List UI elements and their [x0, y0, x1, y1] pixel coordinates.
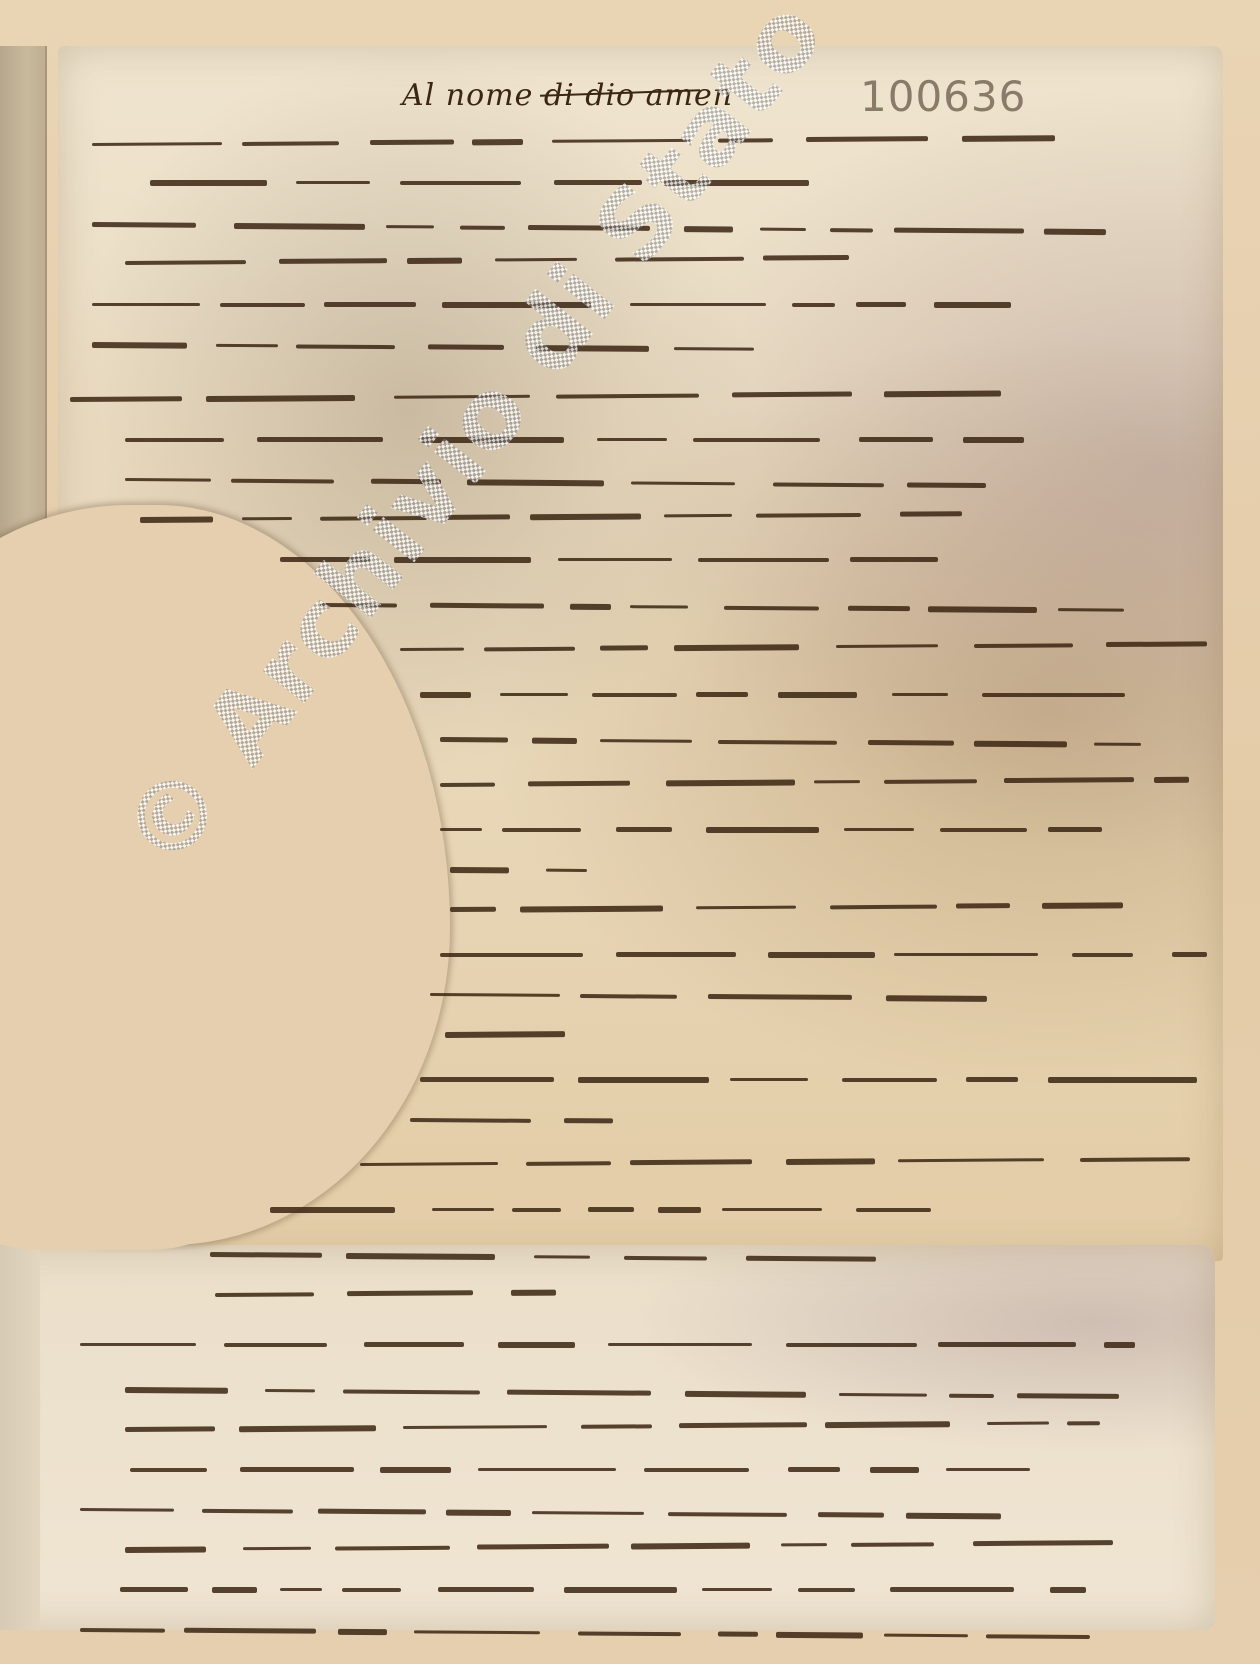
handwritten-line	[320, 586, 1146, 625]
handwritten-line	[410, 1101, 633, 1136]
folded-edge-left	[0, 46, 47, 551]
handwritten-line	[450, 886, 1160, 924]
handwritten-line	[400, 625, 1245, 664]
handwritten-line	[125, 239, 869, 277]
folded-edge-left-lower	[0, 1245, 40, 1630]
handwritten-line	[125, 421, 1051, 454]
handwritten-line	[215, 1273, 583, 1309]
handwritten-line	[440, 761, 1226, 799]
handwritten-line	[92, 119, 1088, 159]
handwritten-line	[445, 1015, 602, 1049]
handwritten-line	[360, 1140, 1223, 1179]
handwritten-line	[420, 1061, 1236, 1094]
handwritten-line	[140, 495, 996, 534]
handwritten-line	[120, 1571, 1119, 1604]
handwritten-line	[125, 1404, 1137, 1444]
handwritten-line	[210, 1236, 896, 1274]
handwritten-line	[450, 851, 621, 885]
handwritten-line	[92, 326, 790, 364]
handwritten-line	[270, 1191, 960, 1224]
handwritten-line	[80, 1491, 1026, 1531]
handwritten-line	[440, 936, 1237, 969]
handwritten-line	[420, 676, 1158, 709]
handwritten-line	[440, 721, 1161, 759]
handwritten-line	[80, 1326, 1162, 1359]
handwritten-line	[440, 811, 1134, 844]
handwritten-line	[130, 1451, 1050, 1484]
handwritten-line	[430, 976, 1022, 1013]
handwritten-line	[125, 461, 1008, 500]
archive-number: 100636	[860, 72, 1026, 121]
